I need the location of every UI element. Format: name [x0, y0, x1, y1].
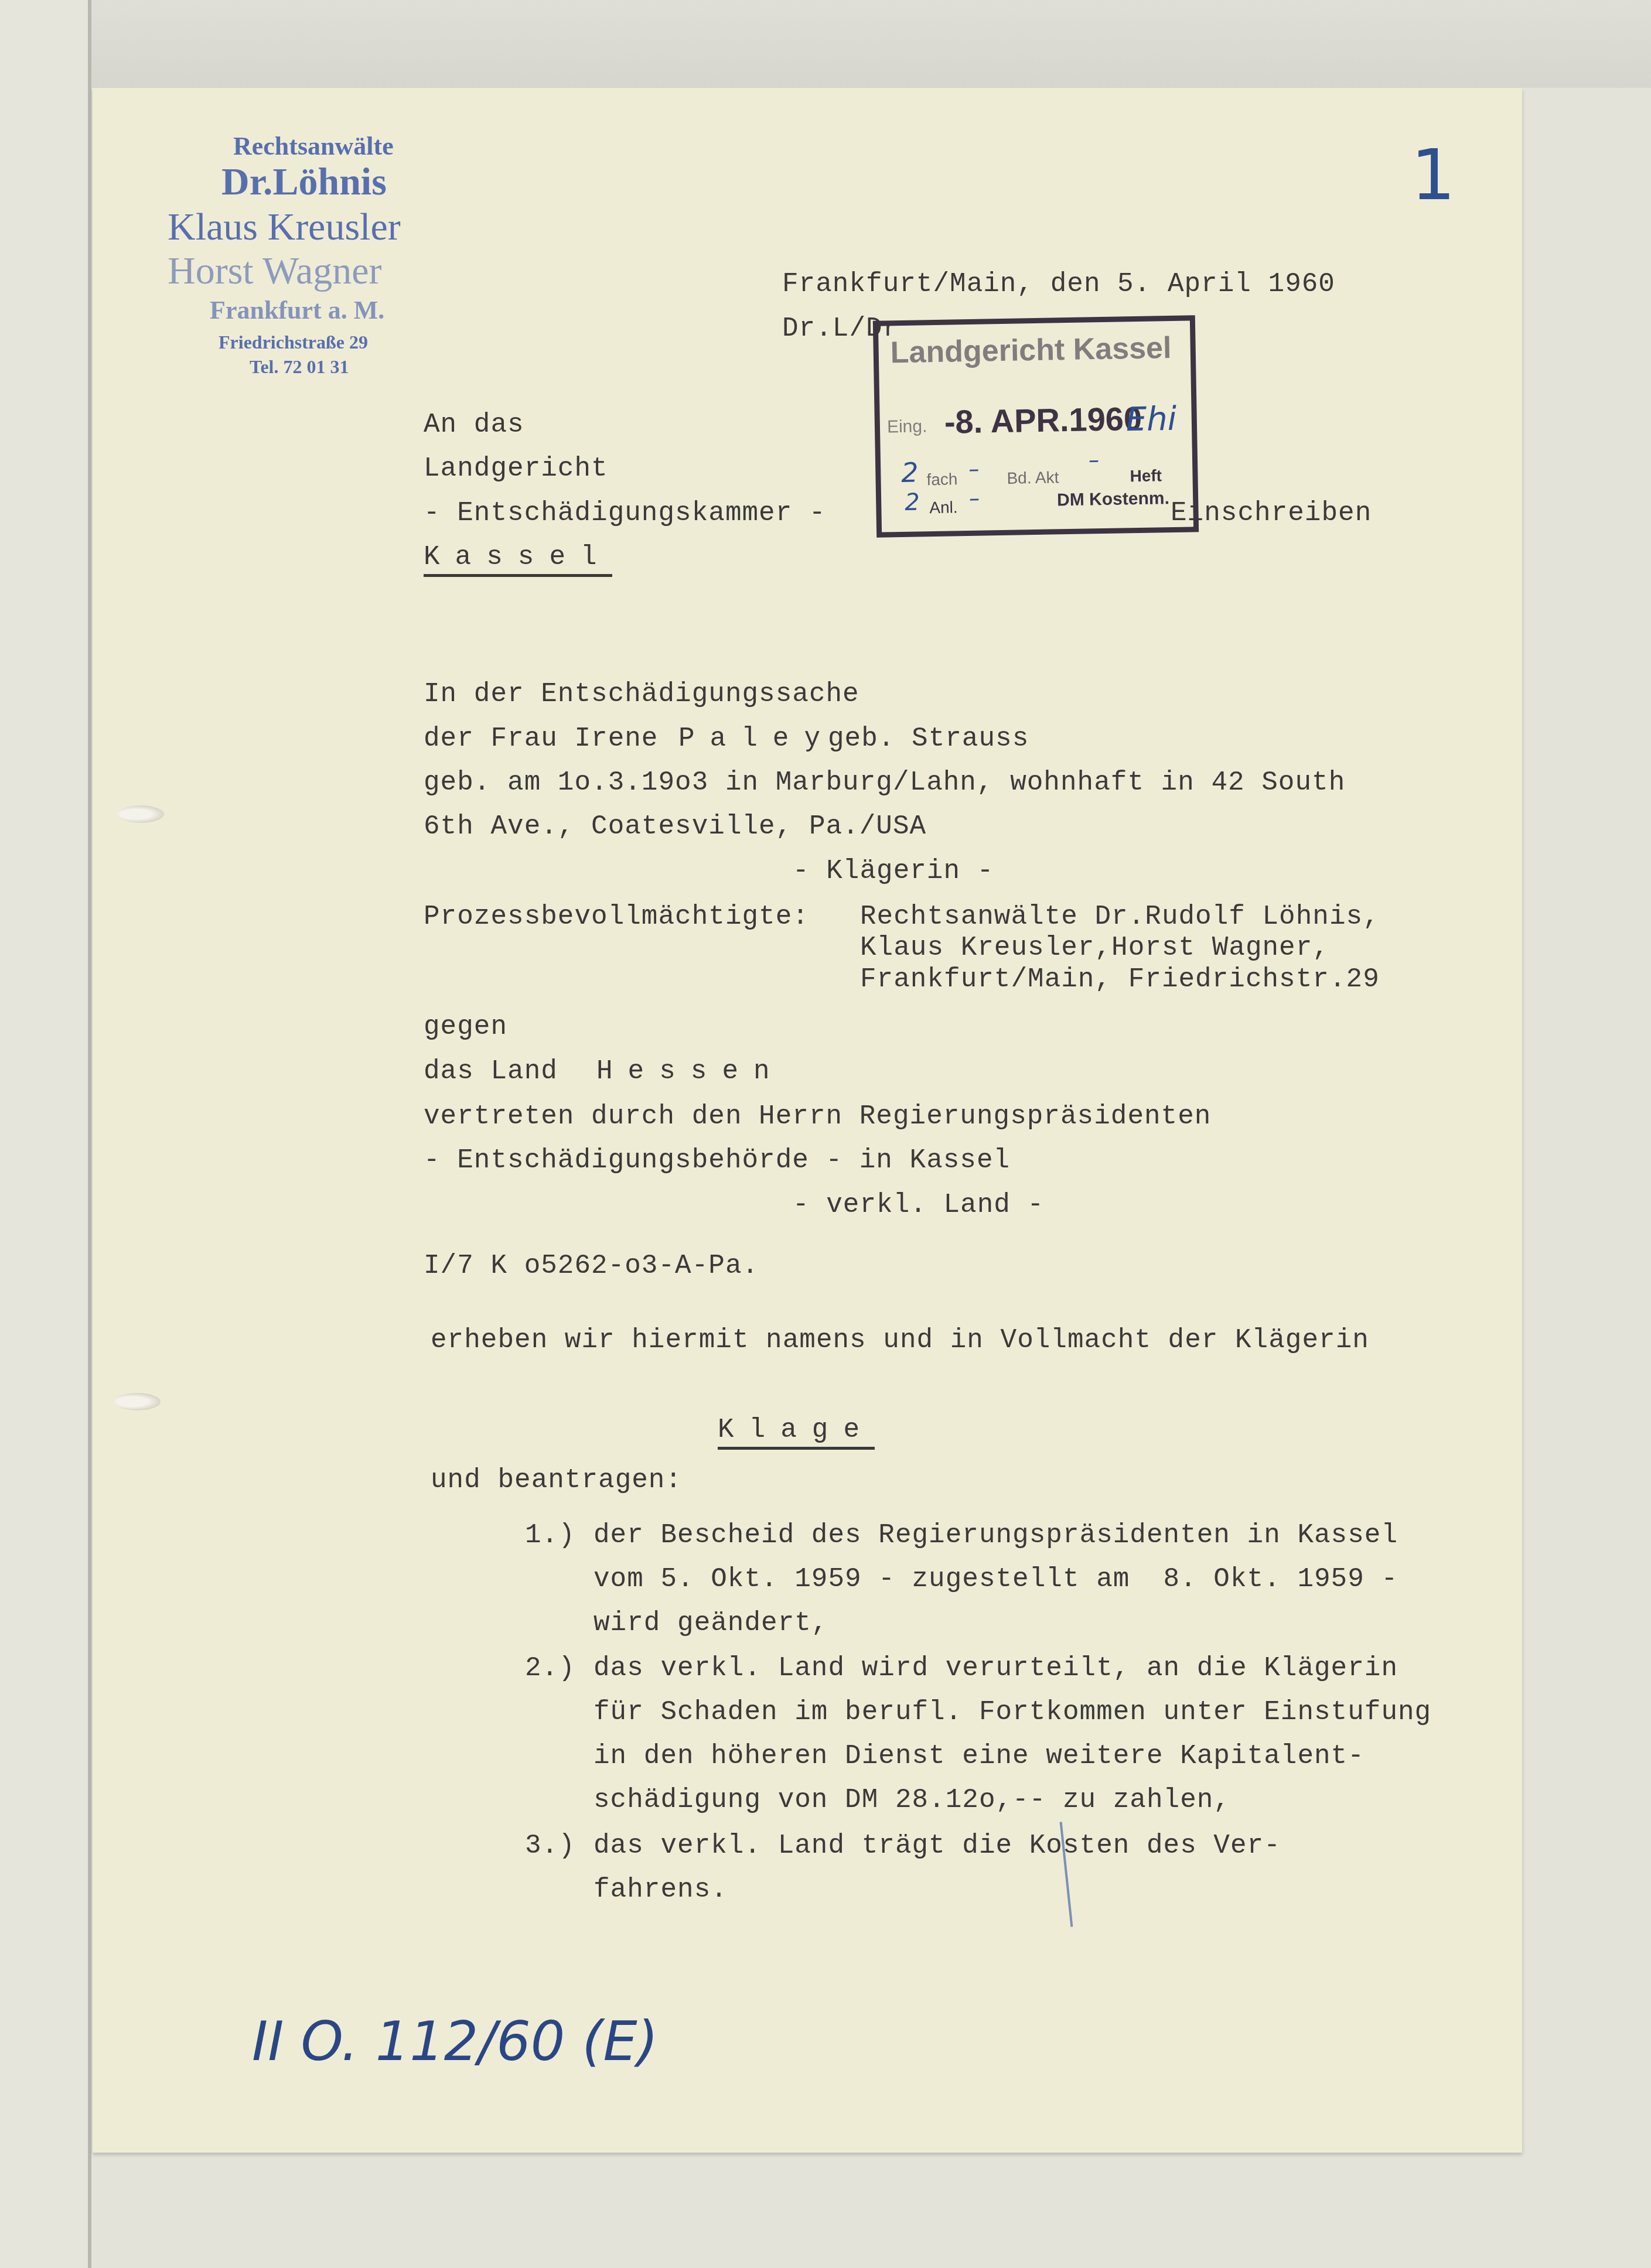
stamp-date: -8. APR.1960 — [944, 402, 1142, 439]
place-date: Frankfurt/Main, den 5. April 1960 — [782, 271, 1335, 298]
item-number: 1.) — [525, 1522, 575, 1549]
recipient-city: Kassel — [424, 544, 612, 577]
stamp-anl-dash: – — [969, 489, 980, 510]
recipient-line: - Entschädigungskammer - — [424, 500, 826, 527]
recipient-line: Landgericht — [424, 455, 608, 482]
counsel-label: Prozessbevollmächtigte: — [424, 903, 809, 930]
stamp-bd-akt-label: Bd. Akt — [1007, 469, 1059, 487]
authority: - Entschädigungsbehörde - in Kassel — [424, 1147, 1010, 1174]
folio-number: 1 — [1411, 141, 1455, 211]
counsel-line: Frankfurt/Main, Friedrichstr.29 — [860, 966, 1380, 993]
counsel-line: Klaus Kreusler,Horst Wagner, — [860, 934, 1329, 961]
stamp-heft-dash: – — [1089, 450, 1100, 471]
item-line: wird geändert, — [593, 1610, 828, 1637]
stamp-fach-label: fach — [926, 471, 957, 488]
registered-mail-note: Einschreiben — [1171, 500, 1372, 527]
represented-by: vertreten durch den Herrn Regierungspräs… — [424, 1103, 1211, 1130]
raise-line: erheben wir hiermit namens und in Vollma… — [431, 1327, 1369, 1354]
stamp-line: Klaus Kreusler — [168, 208, 401, 247]
item-line: vom 5. Okt. 1959 - zugestellt am 8. Okt.… — [593, 1566, 1398, 1593]
item-number: 2.) — [525, 1655, 575, 1682]
plastic-sleeve — [91, 0, 1651, 88]
document-page: 1 Rechtsanwälte Dr.Löhnis Klaus Kreusler… — [93, 88, 1522, 2153]
stamp-line: Horst Wagner — [168, 252, 382, 291]
stamp-line: Tel. 72 01 31 — [250, 357, 349, 376]
item-line: schädigung von DM 28.12o,-- zu zahlen, — [593, 1787, 1230, 1813]
stamp-line: Frankfurt a. M. — [210, 298, 384, 323]
item-line: der Bescheid des Regierungspräsidenten i… — [593, 1522, 1398, 1549]
stamp-line: Dr.Löhnis — [221, 163, 387, 201]
item-line: das verkl. Land trägt die Kosten des Ver… — [593, 1832, 1281, 1859]
stamp-initials: Ehi — [1125, 403, 1176, 437]
case-intro: In der Entschädigungssache — [424, 681, 859, 708]
recipient-line: An das — [424, 411, 524, 438]
item-line: in den höheren Dienst eine weitere Kapit… — [593, 1743, 1365, 1770]
stamp-heft-label: Heft — [1130, 467, 1162, 484]
item-line: fahrens. — [593, 1876, 728, 1903]
stamp-line: Rechtsanwälte — [233, 134, 394, 159]
punch-hole-top — [117, 805, 164, 823]
handwritten-file-number: II O. 112/60 (E) — [252, 2015, 659, 2069]
counsel-line: Rechtsanwälte Dr.Rudolf Löhnis, — [860, 903, 1380, 930]
stamp-anl-label: Anl. — [929, 499, 958, 516]
request-intro: und beantragen: — [431, 1467, 682, 1494]
stamp-court: Landgericht Kassel — [890, 333, 1172, 368]
item-line: für Schaden im berufl. Fortkommen unter … — [593, 1699, 1431, 1726]
party-surname: Paley — [678, 725, 835, 752]
party-maiden-name: geb. Strauss — [828, 725, 1029, 752]
folder-backing — [0, 0, 91, 2268]
birth-line: geb. am 1o.3.19o3 in Marburg/Lahn, wohnh… — [424, 769, 1345, 796]
party-line: der Frau Irene — [424, 725, 658, 752]
stamp-eing-label: Eing. — [887, 418, 927, 436]
role-defendant: - verkl. Land - — [793, 1191, 1044, 1218]
document-title: Klage — [718, 1416, 875, 1450]
address-line: 6th Ave., Coatesville, Pa./USA — [424, 813, 926, 840]
item-number: 3.) — [525, 1832, 575, 1859]
punch-hole-bottom — [114, 1393, 161, 1410]
defendant-state: Hessen — [596, 1058, 785, 1085]
defendant-prefix: das Land — [424, 1058, 558, 1085]
against: gegen — [424, 1013, 507, 1040]
stamp-kostenm-label: DM Kostenm. — [1057, 490, 1169, 509]
item-line: das verkl. Land wird verurteilt, an die … — [593, 1655, 1398, 1682]
stamp-anl-count: 2 — [905, 490, 920, 514]
file-reference: I/7 K o5262-o3-A-Pa. — [424, 1252, 759, 1279]
court-received-stamp: Landgericht Kassel Eing. -8. APR.1960 Eh… — [873, 315, 1199, 538]
stamp-line: Friedrichstraße 29 — [219, 333, 368, 351]
role-plaintiff: - Klägerin - — [793, 858, 994, 884]
stamp-bd-dash: – — [968, 459, 980, 480]
stamp-fach-count: 2 — [901, 459, 919, 487]
